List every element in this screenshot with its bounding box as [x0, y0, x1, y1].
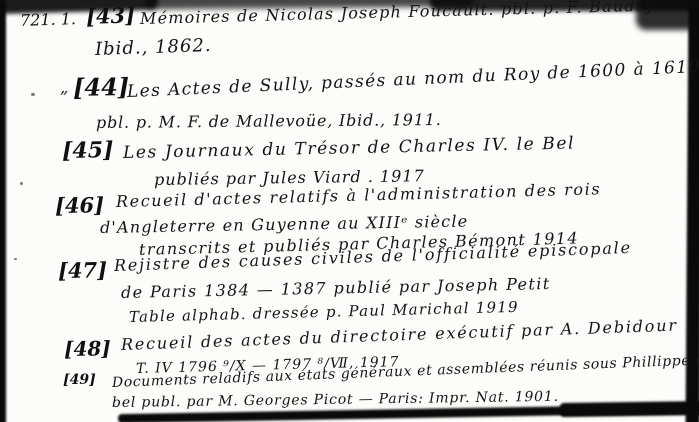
entry-45-line-1: Les Journaux du Trésor de Charles IV. le… [123, 134, 576, 163]
entry-47-line-3: Table alphab. dressée p. Paul Marichal 1… [129, 298, 519, 326]
entry-43-number: [43] [86, 2, 136, 29]
scanned-manuscript-page: 721. 1. [43] Mémoires de Nicolas Joseph … [0, 0, 699, 422]
entry-44-line-2: pbl. p. M. F. de Mallevoüe, Ibid., 1911. [96, 110, 442, 132]
scan-noise-speck [31, 93, 35, 96]
entry-44-line-1: Les Actes de Sully, passés au nom du Roy… [127, 57, 699, 102]
entry-49-line-1: Documents reladifs aux états généraux et… [112, 352, 699, 391]
entry-47-number: [47] [58, 257, 108, 283]
catalog-ref: 721. 1. [20, 9, 77, 30]
entry-49-number: [49] [63, 372, 96, 388]
entry-44-margin-mark: „ [60, 78, 68, 97]
entry-45-number: [45] [62, 137, 114, 164]
scan-edge-bottom-right [560, 401, 699, 417]
entry-43-line-2: Ibid., 1862. [95, 35, 212, 60]
entry-44-number: [44] [73, 72, 130, 102]
scan-noise-speck [14, 258, 17, 260]
entry-48-number: [48] [64, 336, 111, 361]
entry-46-number: [46] [55, 192, 105, 218]
scan-noise-speck [20, 182, 23, 185]
scan-edge-left [0, 0, 6, 422]
